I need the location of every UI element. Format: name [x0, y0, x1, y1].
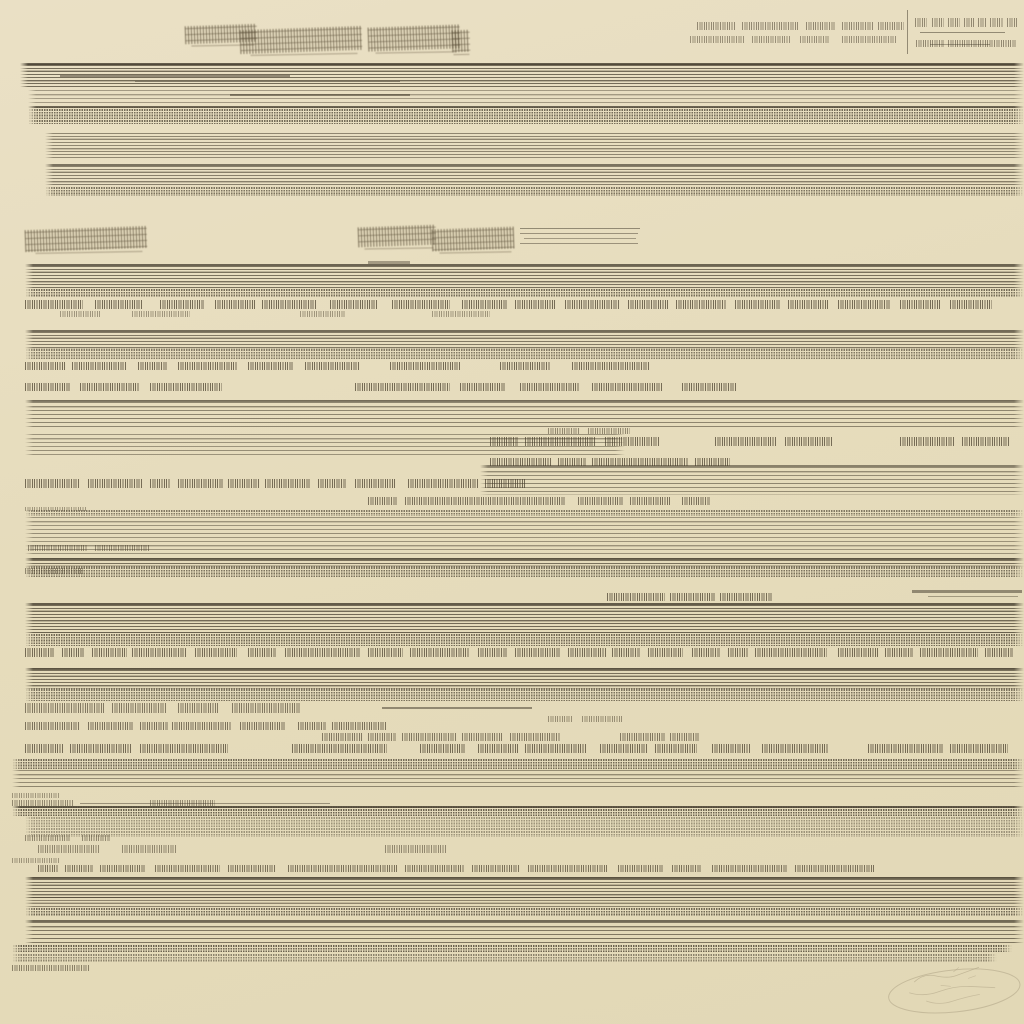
text-snippet [697, 22, 735, 30]
text-snippet [368, 733, 396, 741]
text-snippet [648, 648, 683, 657]
rule-line [912, 590, 1022, 593]
text-snippet [65, 865, 93, 872]
text-snippet [900, 437, 955, 446]
text-snippet [215, 300, 255, 309]
text-snippet [525, 437, 595, 446]
text-snippet [950, 744, 1008, 753]
text-snippet [500, 362, 550, 370]
text-snippet [478, 744, 518, 753]
text-snippet [385, 845, 447, 853]
text-snippet [140, 744, 228, 753]
text-snippet [950, 300, 992, 309]
text-snippet [88, 479, 143, 488]
text-snippet [785, 437, 833, 446]
text-snippet [670, 733, 700, 741]
text-snippet [298, 722, 326, 730]
text-snippet [155, 865, 220, 872]
text-snippet [82, 835, 110, 841]
text-snippet [12, 800, 74, 806]
text-snippet [95, 300, 143, 309]
text-snippet [728, 648, 748, 657]
text-snippet [720, 593, 772, 601]
rule-line [520, 228, 640, 229]
text-snippet [964, 18, 974, 27]
text-snippet [402, 733, 457, 741]
text-snippet [885, 648, 913, 657]
stamp-scribble-1 [913, 967, 979, 982]
text-snippet [558, 458, 586, 466]
text-snippet [25, 383, 70, 391]
text-snippet [795, 865, 875, 872]
text-snippet [620, 733, 665, 741]
text-snippet [568, 648, 606, 657]
text-snippet [368, 648, 403, 657]
text-snippet [548, 428, 580, 434]
rule-line [920, 32, 1005, 33]
text-snippet [368, 497, 398, 505]
text-snippet [565, 300, 620, 309]
text-snippet [460, 383, 505, 391]
text-snippet [548, 716, 573, 722]
text-snippet [112, 703, 167, 713]
text-snippet [228, 479, 260, 488]
text-snippet [838, 300, 890, 309]
text-snippet [490, 437, 518, 446]
text-snippet [528, 865, 608, 872]
text-snippet [682, 497, 710, 505]
text-snippet [322, 733, 362, 741]
text-snippet [28, 545, 88, 551]
text-snippet [600, 744, 648, 753]
rule-line [524, 238, 636, 239]
text-snippet [712, 744, 750, 753]
text-snippet [100, 865, 145, 872]
text-snippet [25, 648, 55, 657]
text-snippet [525, 744, 587, 753]
text-snippet [355, 383, 450, 391]
text-snippet [985, 648, 1013, 657]
text-snippet [172, 722, 232, 730]
text-snippet [88, 722, 133, 730]
script-annotation [358, 225, 437, 248]
annotations-layer [0, 0, 1024, 1024]
script-annotation [25, 226, 148, 252]
text-snippet [578, 497, 623, 505]
text-snippet [572, 362, 650, 370]
text-snippet [932, 18, 944, 27]
text-snippet [150, 383, 222, 391]
text-snippet [25, 835, 70, 841]
text-snippet [752, 36, 790, 43]
text-snippet [228, 865, 276, 872]
text-snippet [588, 428, 630, 434]
text-snippet [948, 18, 960, 27]
text-snippet [330, 300, 378, 309]
rule-line [60, 75, 290, 77]
text-snippet [122, 845, 177, 853]
text-snippet [695, 458, 730, 466]
text-snippet [485, 479, 525, 488]
rule-line [928, 596, 1018, 597]
text-snippet [838, 648, 878, 657]
text-snippet [582, 716, 622, 722]
script-annotation [240, 26, 363, 54]
text-snippet [80, 383, 140, 391]
text-snippet [25, 479, 80, 488]
text-snippet [478, 648, 508, 657]
text-snippet [178, 479, 223, 488]
text-snippet [472, 865, 520, 872]
rule-line [907, 10, 908, 54]
text-snippet [12, 858, 60, 863]
text-snippet [25, 568, 83, 574]
text-snippet [612, 648, 640, 657]
text-snippet [800, 36, 830, 43]
text-snippet [515, 300, 555, 309]
text-snippet [690, 36, 745, 43]
script-annotation [452, 30, 471, 53]
text-snippet [72, 362, 127, 370]
text-snippet [520, 383, 580, 391]
text-snippet [742, 22, 798, 30]
text-snippet [592, 383, 662, 391]
text-snippet [12, 793, 60, 798]
text-snippet [38, 845, 100, 853]
rule-line [80, 803, 330, 804]
text-snippet [962, 437, 1010, 446]
text-snippet [62, 648, 84, 657]
text-snippet [132, 648, 187, 657]
text-snippet [138, 362, 168, 370]
text-snippet [915, 18, 927, 27]
text-snippet [900, 300, 940, 309]
text-snippet [762, 744, 828, 753]
text-snippet [178, 703, 218, 713]
text-snippet [25, 362, 65, 370]
text-snippet [618, 865, 663, 872]
text-snippet [248, 362, 293, 370]
text-snippet [262, 300, 317, 309]
text-snippet [655, 744, 697, 753]
text-snippet [515, 648, 560, 657]
rule-line [520, 233, 638, 234]
text-snippet [288, 865, 398, 872]
text-snippet [355, 479, 395, 488]
text-snippet [140, 722, 168, 730]
text-snippet [178, 362, 238, 370]
text-snippet [978, 18, 986, 27]
text-snippet [735, 300, 780, 309]
text-snippet [592, 458, 688, 466]
text-snippet [392, 300, 450, 309]
text-snippet [408, 479, 478, 488]
text-snippet [682, 383, 737, 391]
text-snippet [672, 865, 702, 872]
text-snippet [25, 703, 105, 713]
text-snippet [150, 479, 170, 488]
text-snippet [676, 300, 726, 309]
text-snippet [390, 362, 460, 370]
text-snippet [240, 722, 285, 730]
text-snippet [25, 507, 87, 511]
text-snippet [788, 300, 828, 309]
text-snippet [305, 362, 360, 370]
stamp-scribble-3 [926, 994, 980, 1005]
text-snippet [300, 311, 345, 317]
text-snippet [92, 648, 127, 657]
text-snippet [70, 744, 132, 753]
text-snippet [38, 865, 58, 872]
text-snippet [630, 497, 670, 505]
text-snippet [292, 744, 387, 753]
text-snippet [60, 311, 100, 317]
text-snippet [95, 545, 150, 551]
text-snippet [25, 300, 83, 309]
text-snippet [1007, 18, 1018, 27]
text-snippet [265, 479, 310, 488]
text-snippet [842, 22, 874, 30]
text-snippet [25, 722, 80, 730]
text-snippet [806, 22, 836, 30]
text-snippet [715, 437, 777, 446]
text-snippet [332, 722, 387, 730]
text-snippet [670, 593, 715, 601]
text-snippet [607, 593, 665, 601]
text-snippet [990, 18, 1004, 27]
text-snippet [432, 311, 490, 317]
text-snippet [195, 648, 237, 657]
text-snippet [232, 703, 300, 713]
text-snippet [420, 744, 465, 753]
manuscript-scan [0, 0, 1024, 1024]
text-snippet [410, 648, 470, 657]
text-snippet [605, 437, 660, 446]
text-snippet [712, 865, 787, 872]
rule-line [368, 261, 410, 264]
rule-line [930, 44, 990, 45]
rule-line [135, 81, 400, 82]
stamp-scribble-2 [909, 983, 995, 997]
text-snippet [628, 300, 668, 309]
text-snippet [755, 648, 827, 657]
text-snippet [405, 497, 565, 505]
rule-line [382, 707, 532, 709]
text-snippet [25, 744, 63, 753]
text-snippet [248, 648, 276, 657]
text-snippet [920, 648, 978, 657]
rule-line [520, 243, 638, 244]
text-snippet [868, 744, 943, 753]
script-annotation [432, 227, 515, 252]
text-snippet [160, 300, 204, 309]
text-snippet [405, 865, 465, 872]
text-snippet [692, 648, 720, 657]
text-snippet [878, 22, 904, 30]
rule-line [230, 94, 410, 96]
script-annotation [368, 24, 461, 51]
text-snippet [462, 733, 502, 741]
text-snippet [510, 733, 560, 741]
text-snippet [285, 648, 360, 657]
text-snippet [132, 311, 190, 317]
text-snippet [318, 479, 346, 488]
text-snippet [12, 965, 90, 971]
text-snippet [842, 36, 897, 43]
text-snippet [462, 300, 507, 309]
text-snippet [490, 458, 552, 466]
